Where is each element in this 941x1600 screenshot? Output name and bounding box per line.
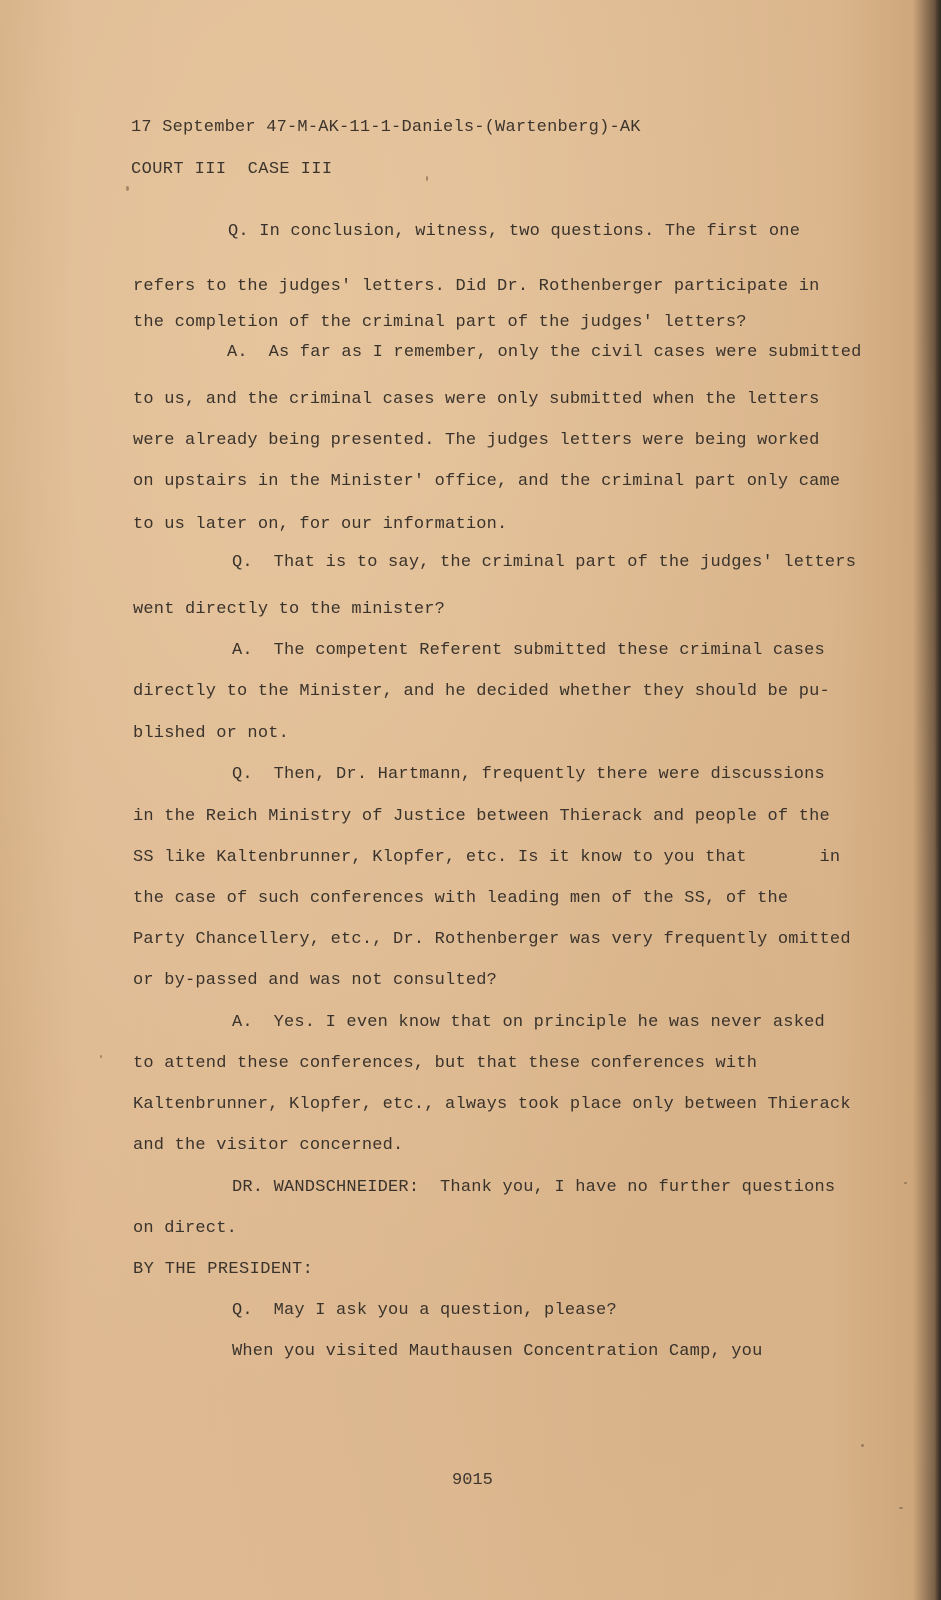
reference-header: 17 September 47-M-AK-11-1-Daniels-(Warte…	[131, 118, 641, 138]
transcript-line: Q. May I ask you a question, please?	[232, 1301, 617, 1321]
transcript-line: A. As far as I remember, only the civil …	[227, 343, 862, 363]
paper-blemish	[899, 1507, 903, 1509]
transcript-line: on upstairs in the Minister' office, and…	[133, 472, 840, 492]
transcript-line: on direct.	[133, 1219, 237, 1239]
transcript-line: to us, and the criminal cases were only …	[133, 390, 820, 410]
transcript-line: SS like Kaltenbrunner, Klopfer, etc. Is …	[133, 848, 840, 868]
transcript-line: in the Reich Ministry of Justice between…	[133, 807, 830, 827]
transcript-line: Kaltenbrunner, Klopfer, etc., always too…	[133, 1095, 851, 1115]
transcript-line: A. Yes. I even know that on principle he…	[232, 1013, 825, 1033]
transcript-line: to attend these conferences, but that th…	[133, 1054, 757, 1074]
transcript-line: refers to the judges' letters. Did Dr. R…	[133, 277, 820, 297]
transcript-line: Q. Then, Dr. Hartmann, frequently there …	[232, 765, 825, 785]
paper-blemish	[426, 176, 428, 181]
speaker-heading: BY THE PRESIDENT:	[133, 1260, 313, 1280]
transcript-line: and the visitor concerned.	[133, 1136, 403, 1156]
transcript-line: or by-passed and was not consulted?	[133, 971, 497, 991]
transcript-line: the case of such conferences with leadin…	[133, 889, 788, 909]
transcript-line: to us later on, for our information.	[133, 515, 507, 535]
page-number: 9015	[452, 1471, 493, 1490]
transcript-line: directly to the Minister, and he decided…	[133, 682, 830, 702]
transcript-line: the completion of the criminal part of t…	[133, 313, 747, 333]
transcript-line: When you visited Mauthausen Concentratio…	[232, 1342, 763, 1362]
transcript-line: A. The competent Referent submitted thes…	[232, 641, 825, 661]
court-case-header: COURT III CASE III	[131, 160, 332, 180]
transcript-line: Q. That is to say, the criminal part of …	[232, 553, 856, 573]
paper-blemish	[100, 1055, 102, 1058]
transcript-line: DR. WANDSCHNEIDER: Thank you, I have no …	[232, 1178, 835, 1198]
transcript-line: were already being presented. The judges…	[133, 431, 820, 451]
transcript-line: Party Chancellery, etc., Dr. Rothenberge…	[133, 930, 851, 950]
paper-blemish	[126, 186, 129, 191]
transcript-line: went directly to the minister?	[133, 600, 445, 620]
transcript-line: blished or not.	[133, 724, 289, 744]
document-page: 17 September 47-M-AK-11-1-Daniels-(Warte…	[0, 0, 941, 1600]
transcript-line: Q. In conclusion, witness, two questions…	[228, 222, 800, 242]
paper-blemish	[904, 1182, 907, 1184]
paper-blemish	[861, 1444, 864, 1447]
